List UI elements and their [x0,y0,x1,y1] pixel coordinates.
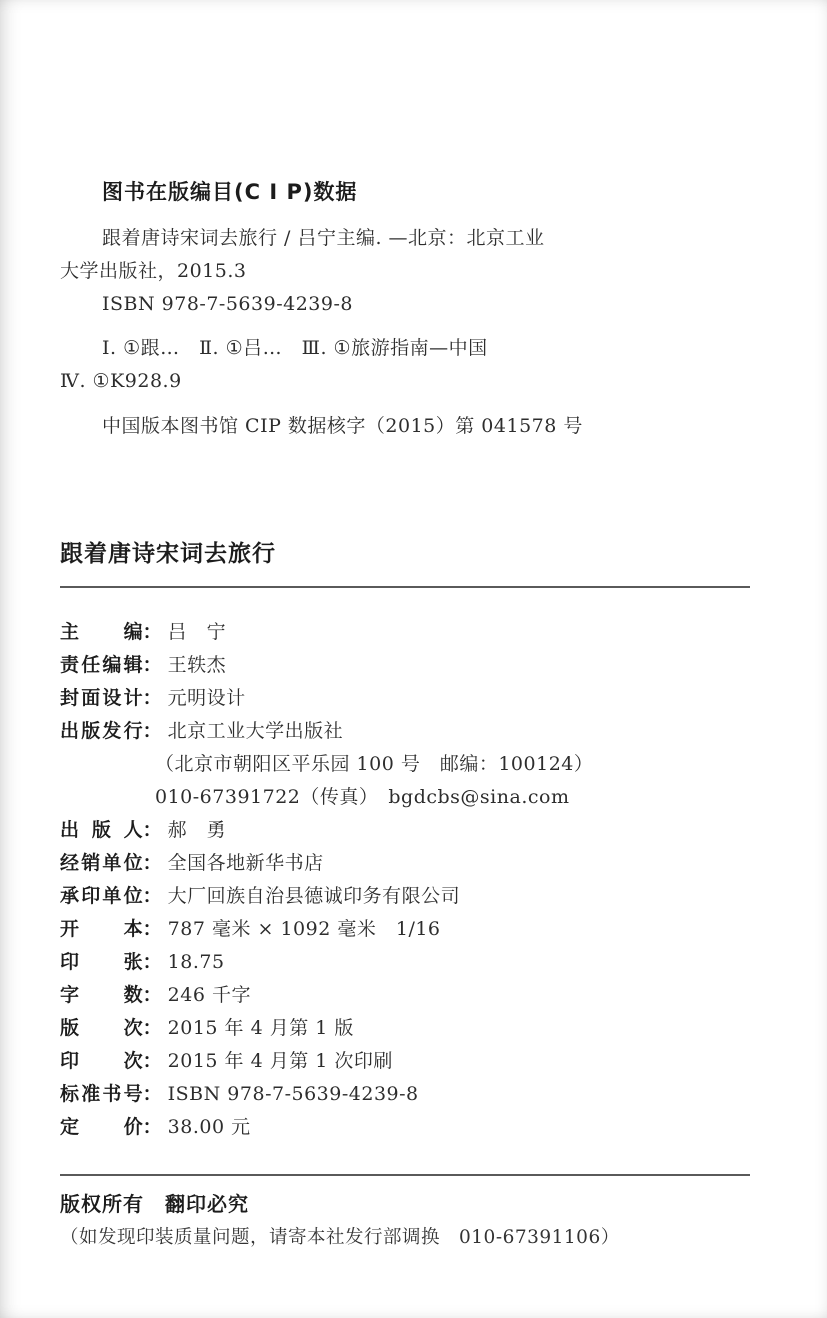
colophon-row-printing: 印次：2015 年 4 月第 1 次印刷 [60,1045,750,1078]
cip-heading: 图书在版编目(C I P)数据 [102,176,750,206]
colophon-row-editor-in-chief: 主编：吕 宁 [60,616,750,649]
colophon-value: 王轶杰 [168,654,227,676]
colophon-row-publishing-person: 出版人：郝 勇 [60,814,750,847]
colophon-label: 版次 [60,1012,143,1045]
cip-isbn: ISBN 978-7-5639-4239-8 [102,288,750,321]
colophon-colon: ： [143,1012,162,1045]
colophon-colon: ： [143,880,162,913]
publisher-address: （北京市朝阳区平乐园 100 号 邮编：100124） [155,748,750,781]
colophon-value: 787 毫米 × 1092 毫米 1/16 [168,918,441,940]
colophon-value: 大厂回族自治县德诚印务有限公司 [168,885,461,907]
colophon-label: 出版人 [60,814,143,847]
colophon-colon: ： [143,946,162,979]
colophon-label: 封面设计 [60,682,143,715]
colophon-row-cover-design: 封面设计：元明设计 [60,682,750,715]
colophon-colon: ： [143,715,162,748]
colophon-value: 2015 年 4 月第 1 次印刷 [168,1050,393,1072]
colophon-row-word-count: 字数：246 千字 [60,979,750,1012]
colophon-label: 主编 [60,616,143,649]
colophon-value: ISBN 978-7-5639-4239-8 [168,1083,419,1105]
page-content: 图书在版编目(C I P)数据 跟着唐诗宋词去旅行 / 吕宁主编. —北京：北京… [0,176,827,1253]
colophon-colon: ： [143,616,162,649]
colophon-value: 38.00 元 [168,1116,251,1138]
colophon-value: 元明设计 [168,687,246,709]
cip-entry: 跟着唐诗宋词去旅行 / 吕宁主编. —北京：北京工业 大学出版社，2015.3 … [60,222,750,321]
colophon-value: 246 千字 [168,984,251,1006]
exchange-note: （如发现印装质量问题，请寄本社发行部调换 010-67391106） [60,1223,750,1253]
colophon-colon: ： [143,1111,162,1144]
colophon-label: 印张 [60,946,143,979]
colophon-row-format: 开本：787 毫米 × 1092 毫米 1/16 [60,913,750,946]
colophon-row-printer: 承印单位：大厂回族自治县德诚印务有限公司 [60,880,750,913]
colophon-colon: ： [143,1045,162,1078]
colophon-label: 责任编辑 [60,649,143,682]
colophon-label: 开本 [60,913,143,946]
copyright-page: 图书在版编目(C I P)数据 跟着唐诗宋词去旅行 / 吕宁主编. —北京：北京… [0,0,827,1318]
cip-classification: Ⅰ. ①跟… Ⅱ. ①吕… Ⅲ. ①旅游指南—中国 Ⅳ. ①K928.9 [60,332,750,398]
colophon-label: 字数 [60,979,143,1012]
colophon-label: 出版发行 [60,715,143,748]
colophon-row-sheets: 印张：18.75 [60,946,750,979]
copyright-notice: 版权所有 翻印必究 [60,1188,750,1217]
colophon-label: 标准书号 [60,1078,143,1111]
colophon-colon: ： [143,682,162,715]
colophon-label: 经销单位 [60,847,143,880]
cip-record-number: 中国版本图书馆 CIP 数据核字（2015）第 041578 号 [102,410,750,443]
colophon-row-price: 定价：38.00 元 [60,1111,750,1144]
colophon-row-publisher: 出版发行：北京工业大学出版社 [60,715,750,748]
footer-divider [60,1174,750,1176]
colophon-label: 承印单位 [60,880,143,913]
colophon-label: 印次 [60,1045,143,1078]
colophon: 主编：吕 宁 责任编辑：王轶杰 封面设计：元明设计 出版发行：北京工业大学出版社… [60,616,750,1144]
colophon-colon: ： [143,979,162,1012]
colophon-row-edition: 版次：2015 年 4 月第 1 版 [60,1012,750,1045]
cip-class-line1: Ⅰ. ①跟… Ⅱ. ①吕… Ⅲ. ①旅游指南—中国 [102,332,750,365]
colophon-value: 2015 年 4 月第 1 版 [168,1017,354,1039]
title-divider [60,586,750,588]
book-title: 跟着唐诗宋词去旅行 [60,535,750,568]
colophon-colon: ： [143,814,162,847]
publisher-contact: 010-67391722（传真） bgdcbs@sina.com [155,781,750,814]
colophon-colon: ： [143,847,162,880]
cip-entry-line2: 大学出版社，2015.3 [60,255,750,288]
colophon-row-responsible-editor: 责任编辑：王轶杰 [60,649,750,682]
colophon-value: 18.75 [168,951,225,973]
colophon-row-standard-isbn: 标准书号：ISBN 978-7-5639-4239-8 [60,1078,750,1111]
colophon-label: 定价 [60,1111,143,1144]
colophon-value: 吕 宁 [168,621,227,643]
colophon-colon: ： [143,913,162,946]
cip-class-line2: Ⅳ. ①K928.9 [60,365,750,398]
colophon-colon: ： [143,1078,162,1111]
colophon-value: 郝 勇 [168,819,227,841]
colophon-row-distributor: 经销单位：全国各地新华书店 [60,847,750,880]
cip-entry-line1: 跟着唐诗宋词去旅行 / 吕宁主编. —北京：北京工业 [102,222,750,255]
colophon-value: 北京工业大学出版社 [168,720,344,742]
colophon-colon: ： [143,649,162,682]
colophon-value: 全国各地新华书店 [168,852,324,874]
